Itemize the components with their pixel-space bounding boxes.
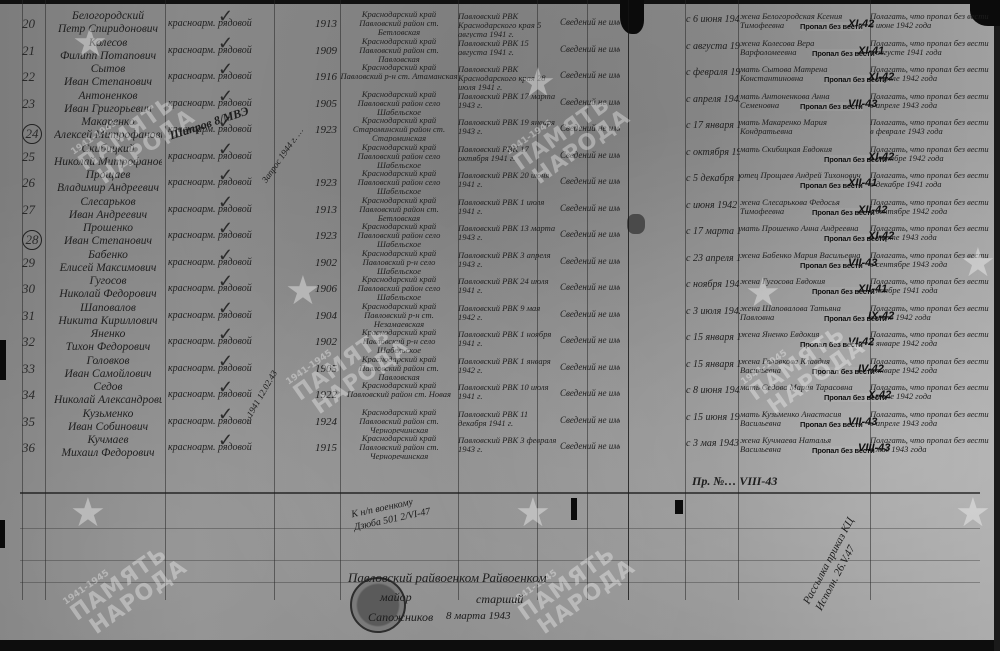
date-code: XII-42: [858, 204, 887, 216]
paper-tear: [571, 498, 577, 520]
birth-year: 1913: [315, 18, 337, 30]
last-date: с 3 мая 1943 г.: [686, 438, 740, 450]
table-row: 35КузьменкоИван Собиновичкрасноарм. рядо…: [0, 408, 1000, 434]
info-status: Сведений не имеется: [560, 255, 620, 267]
table-row: 30ГугосовНиколай Федоровичкрасноарм. ряд…: [0, 275, 1000, 301]
checkmark-icon: ✓: [218, 324, 233, 345]
signature-date: 8 марта 1943: [446, 610, 510, 622]
date-code: VII-43: [848, 98, 877, 110]
last-date: с 15 января 1942 г.: [686, 359, 740, 371]
watermark: 1941-1945ПАМЯТЬНАРОДА: [510, 531, 639, 644]
row-number: 30: [22, 283, 48, 295]
info-status: Сведений не имеется: [560, 16, 620, 28]
surname: Шаповалов: [54, 302, 162, 314]
birth-year: 1913: [315, 204, 337, 216]
checkmark-icon: ✓: [218, 59, 233, 80]
next-of-kin: мать Макаренко Мария Кондратьевна: [740, 118, 868, 144]
row-number: 32: [22, 336, 48, 348]
last-date: с февраля 1942 года: [686, 67, 740, 79]
checkmark-icon: ✓: [218, 271, 233, 292]
birth-year: 1915: [315, 442, 337, 454]
last-date: с 15 января 1942 г.: [686, 332, 740, 344]
enlistment-office: Павловский РВК 3 февраля 1943 г.: [458, 436, 558, 462]
row-number: 36: [22, 442, 48, 454]
fate-statement: Полагать, что пропал без вести в сентябр…: [870, 198, 994, 224]
surname: Кучмаев: [54, 434, 162, 446]
table-bottom-rule: [20, 492, 980, 494]
fate-statement: Полагать, что пропал без вести в апреле …: [870, 92, 994, 118]
birth-year: 1909: [315, 45, 337, 57]
row-number: 35: [22, 416, 48, 428]
watermark-star-icon: ★: [745, 270, 781, 316]
checkmark-icon: ✓: [218, 218, 233, 239]
given-name: Филипп Потапович: [54, 50, 162, 62]
surname: Сытов: [54, 63, 162, 75]
table-row: 34СедовНиколай Александровичкрасноарм. р…: [0, 381, 1000, 407]
surname: Колесов: [54, 37, 162, 49]
checkmark-icon: ✓: [218, 351, 233, 372]
checkmark-icon: ✓: [218, 6, 233, 27]
birth-year: 1923: [315, 124, 337, 136]
table-row: 31ШаповаловНикита Кирилловичкрасноарм. р…: [0, 302, 1000, 328]
address: Краснодарский край Павловский район село…: [340, 275, 458, 301]
fate-statement: Полагать, что пропал без вести в январе …: [870, 357, 994, 383]
enlistment-office: Павловский РВК Краснодарского края 5 авг…: [458, 12, 558, 38]
last-date: с августа 1941 года: [686, 41, 740, 53]
row-number: 20: [22, 18, 48, 30]
row-number: 27: [22, 204, 48, 216]
last-date: с 5 декабря 1941 г.: [686, 173, 740, 185]
row-number: 26: [22, 177, 48, 189]
surname: Белогородский: [54, 10, 162, 22]
date-code: VII-43: [848, 416, 877, 428]
signature-name-1: Сапожников: [368, 610, 433, 625]
scan-edge-bottom: [0, 640, 1000, 651]
archival-document-scan: 20БелогородскийПетр Спиридоновичкрасноар…: [0, 0, 1000, 651]
date-code: XI-42: [848, 18, 874, 30]
given-name: Иван Самойлович: [54, 368, 162, 380]
row-number: 29: [22, 257, 48, 269]
row-rule: [20, 528, 980, 529]
given-name: Николай Федорович: [54, 288, 162, 300]
signature-rank-2: старший: [476, 592, 523, 607]
checkmark-icon: ✓: [218, 430, 233, 451]
paper-tear: [0, 520, 5, 548]
fate-statement: Полагать, что пропал без вести в феврале…: [870, 118, 994, 144]
birth-year: 1923: [315, 230, 337, 242]
surname: Прошенко: [54, 222, 162, 234]
last-date: с ноября 1941 г.: [686, 279, 740, 291]
watermark-star-icon: ★: [520, 60, 556, 106]
watermark: 1941-1945ПАМЯТЬНАРОДА: [62, 531, 191, 644]
table-row: 28ПрошенкоИван Степановичкрасноарм. рядо…: [0, 222, 1000, 248]
last-date: с 15 июня 1943 г.: [686, 412, 740, 424]
surname: Головков: [54, 355, 162, 367]
signature-role-1: Павловский райвоенком: [348, 570, 479, 586]
last-date: с апреля 1943 г.: [686, 94, 740, 106]
birth-year: 1916: [315, 71, 337, 83]
checkmark-icon: ✓: [218, 33, 233, 54]
watermark-star-icon: ★: [955, 490, 991, 536]
surname: Бабенко: [54, 249, 162, 261]
row-number: 28: [22, 230, 42, 250]
address: Краснодарский край Павловский район село…: [340, 169, 458, 195]
given-name: Иван Андреевич: [54, 209, 162, 221]
watermark-star-icon: ★: [515, 490, 551, 536]
table-row: 22СытовИван Степановичкрасноарм. рядовой…: [0, 63, 1000, 89]
date-code: VIII-43: [858, 442, 890, 454]
checkmark-icon: ✓: [218, 139, 233, 160]
last-date: с 23 апреля 1943 г.: [686, 253, 740, 265]
signature-rank-1: майор: [380, 590, 412, 605]
address: Краснодарский край Павловский район ст. …: [340, 37, 458, 63]
address: Краснодарский край Павловский р-н ст. Ат…: [340, 63, 458, 89]
info-status: Сведений не имеется: [560, 175, 620, 187]
table-row: 29БабенкоЕлисей Максимовичкрасноарм. ряд…: [0, 249, 1000, 275]
given-name: Иван Собинович: [54, 421, 162, 433]
info-status: Сведений не имеется: [560, 69, 620, 81]
enlistment-office: Павловский РВК 1 января 1942 г.: [458, 357, 558, 383]
info-status: Сведений не имеется: [560, 414, 620, 426]
info-status: Сведений не имеется: [560, 334, 620, 346]
enlistment-office: Павловский РВК 1 июля 1941 г.: [458, 198, 558, 224]
paper-tear: [675, 500, 683, 514]
date-code: XI-42: [868, 151, 894, 163]
checkmark-icon: ✓: [218, 245, 233, 266]
checkmark-icon: ✓: [218, 192, 233, 213]
checkmark-icon: ✓: [218, 404, 233, 425]
info-status: Сведений не имеется: [560, 387, 620, 399]
enlistment-office: Павловский РВК 1 ноября 1941 г.: [458, 330, 558, 356]
info-status: Сведений не имеется: [560, 202, 620, 214]
info-status: Сведений не имеется: [560, 440, 620, 452]
margin-note-right: Рассылка приказ КЦ Исполн. 26.V.47: [800, 503, 876, 613]
date-code: XII-41: [848, 177, 877, 189]
signature-role-2: Райвоенком: [482, 570, 547, 586]
watermark-star-icon: ★: [285, 268, 321, 314]
last-date: с 17 марта 1943 г.: [686, 226, 740, 238]
info-status: Сведений не имеется: [560, 281, 620, 293]
date-code: XII-41: [858, 283, 887, 295]
address: Краснодарский край Павловский район ст. …: [340, 408, 458, 434]
table-row: 27СлесарьковИван Андреевичкрасноарм. ряд…: [0, 196, 1000, 222]
address: Краснодарский край Павловский р-н ст. Не…: [340, 302, 458, 328]
fate-statement: Полагать, что пропал без вести в январе …: [870, 330, 994, 356]
enlistment-office: Павловский РВК 11 декабря 1941 г.: [458, 410, 558, 436]
watermark-star-icon: ★: [72, 20, 108, 66]
surname: Кузьменко: [54, 408, 162, 420]
enlistment-office: Павловский РВК 13 марта 1943 г.: [458, 224, 558, 250]
last-date: с октября 1941 г.: [686, 147, 740, 159]
info-status: Сведений не имеется: [560, 361, 620, 373]
row-number: 21: [22, 45, 48, 57]
surname: Гугосов: [54, 275, 162, 287]
info-status: Сведений не имеется: [560, 308, 620, 320]
birth-year: 1923: [315, 177, 337, 189]
last-date: с 17 января 1943 г.: [686, 120, 740, 132]
scan-edge-top: [0, 0, 1000, 4]
row-number: 24: [22, 124, 42, 144]
address: Краснодарский край Павловский район ст. …: [340, 10, 458, 36]
given-name: Никита Кириллович: [54, 315, 162, 327]
watermark-star-icon: ★: [70, 490, 106, 536]
table-row: 20БелогородскийПетр Спиридоновичкрасноар…: [0, 10, 1000, 36]
date-code: XI-42: [868, 230, 894, 242]
fate-statement: Полагать, что пропал без вести в августе…: [870, 39, 994, 65]
checkmark-icon: ✓: [218, 86, 233, 107]
info-status: Сведений не имеется: [560, 43, 620, 55]
given-name: Тихон Федорович: [54, 341, 162, 353]
enlistment-office: Павловский РВК 24 июля 1941 г.: [458, 277, 558, 303]
address: Краснодарский край Павловский р-н село Ш…: [340, 249, 458, 275]
birth-year: 1905: [315, 98, 337, 110]
fate-statement: Полагать, что пропал без вести в декабре…: [870, 171, 994, 197]
enlistment-office: Павловский РВК 3 апреля 1943 г.: [458, 251, 558, 277]
table-row: 36КучмаевМихаил Федоровичкрасноарм. рядо…: [0, 434, 1000, 460]
address: Краснодарский край Павловский район село…: [340, 143, 458, 169]
table-row: 21КолесовФилипп Потаповичкрасноарм. рядо…: [0, 37, 1000, 63]
checkmark-icon: ✓: [218, 298, 233, 319]
address: Краснодарский край Павловский район ст. …: [340, 434, 458, 460]
row-number: 22: [22, 71, 48, 83]
given-name: Петр Спиридонович: [54, 23, 162, 35]
given-name: Иван Степанович: [54, 235, 162, 247]
row-number: 25: [22, 151, 48, 163]
table-row: 26ПрощаевВладимир Андреевичкрасноарм. ря…: [0, 169, 1000, 195]
last-date: с июня 1942 г.: [686, 200, 740, 212]
last-date: с 3 июля 1942 г.: [686, 306, 740, 318]
given-name: Михаил Федорович: [54, 447, 162, 459]
fate-statement: Полагать, что пропал без вести в апреле …: [870, 410, 994, 436]
date-code: IV-42: [858, 363, 884, 375]
address: Краснодарский край Староминский район ст…: [340, 116, 458, 142]
watermark-star-icon: ★: [960, 240, 996, 286]
surname: Яненко: [54, 328, 162, 340]
date-code: VII-43: [848, 257, 877, 269]
enlistment-office: Павловский РВК 10 июля 1941 г.: [458, 383, 558, 409]
date-code: XI-42: [868, 71, 894, 83]
row-number: 33: [22, 363, 48, 375]
row-number: 34: [22, 389, 48, 401]
address: Краснодарский край Павловский район село…: [340, 222, 458, 248]
last-date: с 8 июня 1942 г.: [686, 385, 740, 397]
given-name: Иван Степанович: [54, 76, 162, 88]
surname: Слесарьков: [54, 196, 162, 208]
enlistment-office: Павловский РВК 9 мая 1942 г.: [458, 304, 558, 330]
date-code: IX-42: [868, 310, 894, 322]
date-code: XI-41: [858, 45, 884, 57]
date-code: X-42: [868, 389, 891, 401]
last-date: с 6 июня 1942 г.: [686, 14, 740, 26]
row-number: 23: [22, 98, 48, 110]
checkmark-icon: ✓: [218, 165, 233, 186]
address: Краснодарский край Павловский район ст. …: [340, 196, 458, 222]
fate-statement: Полагать, что пропал без вести в июне 19…: [870, 12, 994, 38]
address: Краснодарский край Павловский район село…: [340, 90, 458, 116]
margin-stamp-bottom: Пр. №… VIII-43: [692, 474, 777, 489]
given-name: Елисей Максимович: [54, 262, 162, 274]
rank: красноарм. рядовой: [168, 151, 343, 163]
checkmark-icon: ✓: [218, 377, 233, 398]
info-status: Сведений не имеется: [560, 228, 620, 240]
row-number: 31: [22, 310, 48, 322]
surname: Седов: [54, 381, 162, 393]
given-name: Николай Александрович: [54, 394, 162, 406]
